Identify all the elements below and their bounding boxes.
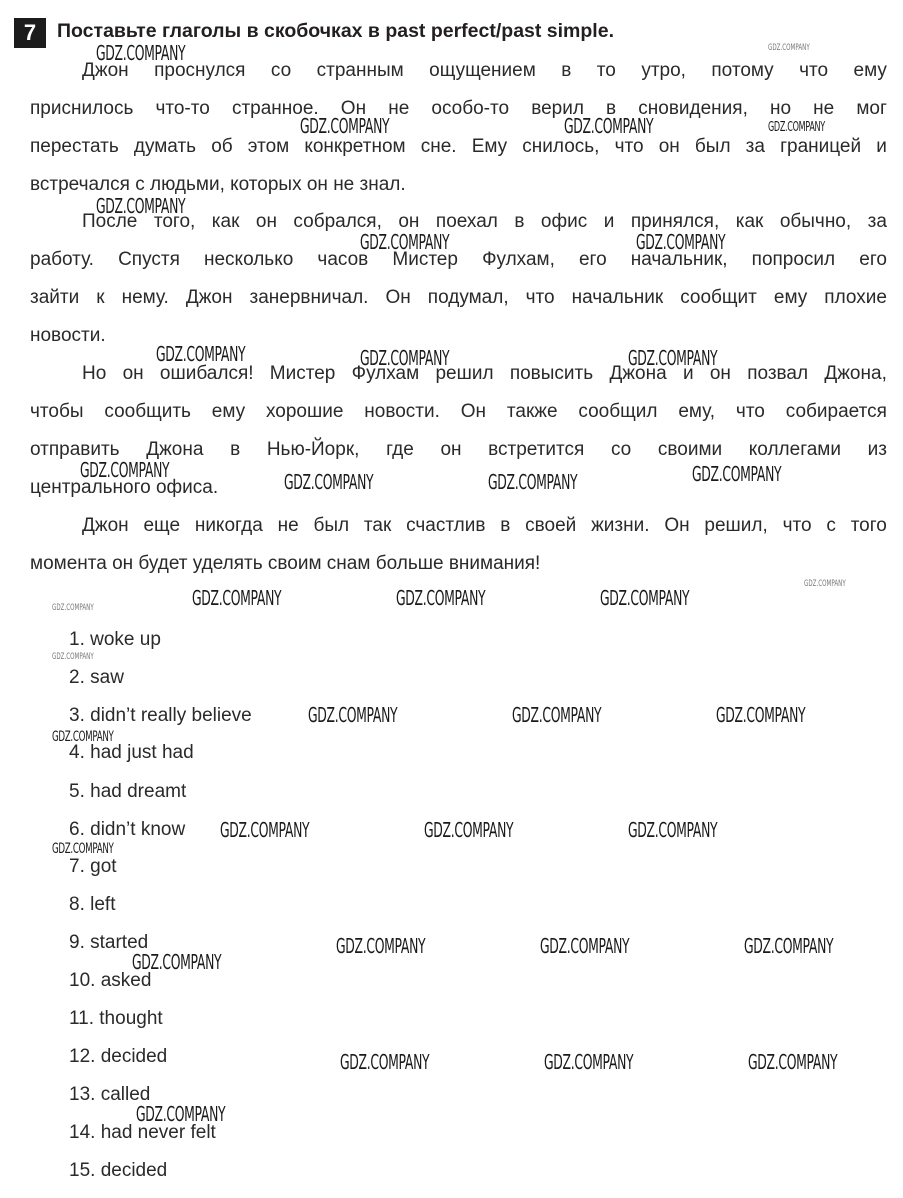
watermark: GDZ.COMPANY xyxy=(284,472,373,492)
text-line: приснилосьчто-тостранное.Оннеособо-товер… xyxy=(30,97,887,121)
watermark: GDZ.COMPANY xyxy=(52,839,114,859)
answer-item: 8. left xyxy=(69,893,115,917)
watermark: GDZ.COMPANY xyxy=(768,118,825,138)
answer-item: 2. saw xyxy=(69,666,124,690)
answer-item: 1. woke up xyxy=(69,628,161,652)
watermark: GDZ.COMPANY xyxy=(488,472,577,492)
watermark: GDZ.COMPANY xyxy=(744,936,833,956)
watermark: GDZ.COMPANY xyxy=(52,603,94,613)
text-line: Джонпроснулсясостраннымощущениемвтоутро,… xyxy=(82,59,887,83)
watermark: GDZ.COMPANY xyxy=(156,344,245,364)
watermark: GDZ.COMPANY xyxy=(220,820,309,840)
watermark: GDZ.COMPANY xyxy=(636,232,725,252)
answer-item: 3. didn’t really believe xyxy=(69,704,252,728)
watermark: GDZ.COMPANY xyxy=(628,820,717,840)
watermark: GDZ.COMPANY xyxy=(600,588,689,608)
text-line: работу.СпустянесколькочасовМистерФулхам,… xyxy=(30,248,887,272)
watermark: GDZ.COMPANY xyxy=(80,460,169,480)
watermark: GDZ.COMPANY xyxy=(136,1104,225,1124)
watermark: GDZ.COMPANY xyxy=(804,579,846,589)
watermark: GDZ.COMPANY xyxy=(628,348,717,368)
answer-item: 12. decided xyxy=(69,1045,167,1069)
answer-item: 15. decided xyxy=(69,1159,167,1183)
watermark: GDZ.COMPANY xyxy=(360,348,449,368)
text-line: чтобысообщитьемухорошиеновости.Онтакжесо… xyxy=(30,400,887,424)
watermark: GDZ.COMPANY xyxy=(396,588,485,608)
watermark: GDZ.COMPANY xyxy=(96,196,185,216)
watermark: GDZ.COMPANY xyxy=(544,1052,633,1072)
answer-item: 5. had dreamt xyxy=(69,780,186,804)
watermark: GDZ.COMPANY xyxy=(564,116,653,136)
watermark: GDZ.COMPANY xyxy=(424,820,513,840)
watermark: GDZ.COMPANY xyxy=(336,936,425,956)
watermark: GDZ.COMPANY xyxy=(768,43,810,53)
watermark: GDZ.COMPANY xyxy=(512,705,601,725)
text-line: Джонещеникогданебылтаксчастливвсвоейжизн… xyxy=(82,514,887,538)
answer-item: 11. thought xyxy=(69,1007,163,1031)
watermark: GDZ.COMPANY xyxy=(96,43,185,63)
watermark: GDZ.COMPANY xyxy=(360,232,449,252)
watermark: GDZ.COMPANY xyxy=(132,952,221,972)
watermark: GDZ.COMPANY xyxy=(52,652,94,662)
watermark: GDZ.COMPANY xyxy=(716,705,805,725)
exercise-number-badge: 7 xyxy=(14,18,46,48)
watermark: GDZ.COMPANY xyxy=(748,1052,837,1072)
watermark: GDZ.COMPANY xyxy=(300,116,389,136)
watermark: GDZ.COMPANY xyxy=(192,588,281,608)
text-line: Послетого,каконсобрался,онпоехалвофисипр… xyxy=(82,210,887,234)
text-line: перестатьдуматьобэтомконкретномсне.Емусн… xyxy=(30,135,887,159)
text-line: момента он будет уделять своим снам боль… xyxy=(30,552,887,576)
watermark: GDZ.COMPANY xyxy=(340,1052,429,1072)
exercise-instruction: Поставьте глаголы в скобочках в past per… xyxy=(57,20,614,43)
watermark: GDZ.COMPANY xyxy=(52,727,114,747)
watermark: GDZ.COMPANY xyxy=(308,705,397,725)
watermark: GDZ.COMPANY xyxy=(692,464,781,484)
watermark: GDZ.COMPANY xyxy=(540,936,629,956)
text-line: зайтикнему.Джонзанервничал.Онподумал,что… xyxy=(30,286,887,310)
